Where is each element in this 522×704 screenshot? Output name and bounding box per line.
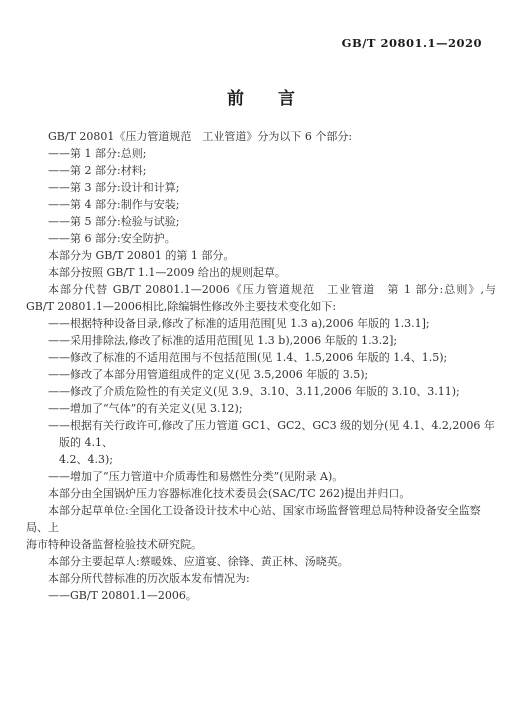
foreword-line: ——第 3 部分:设计和计算; [59,179,496,196]
foreword-line: GB/T 20801.1—2006相比,除编辑性修改外主要技术变化如下: [26,298,496,315]
document-page: GB/T 20801.1—2020 前 言 GB/T 20801《压力管道规范 … [0,0,522,704]
page-title: 前 言 [0,84,522,109]
foreword-line: ——第 2 部分:材料; [59,162,496,179]
foreword-line: 本部分按照 GB/T 1.1—2009 给出的规则起草。 [26,264,496,281]
foreword-line: 本部分代替 GB/T 20801.1—2006《压力管道规范 工业管道 第 1 … [26,281,496,298]
foreword-line: 本部分主要起草人:蔡暖姝、应道宴、徐锋、黄正林、汤晓英。 [26,553,496,570]
foreword-line: ——修改了本部分用管道组成件的定义(见 3.5,2006 年版的 3.5); [59,366,496,383]
foreword-line: 本部分由全国锅炉压力容器标准化技术委员会(SAC/TC 262)提出并归口。 [26,485,496,502]
foreword-body: GB/T 20801《压力管道规范 工业管道》分为以下 6 个部分:——第 1 … [26,128,496,604]
standard-number-header: GB/T 20801.1—2020 [0,36,482,50]
foreword-line: 本部分起草单位:全国化工设备设计技术中心站、国家市场监督管理总局特种设备安全监察… [26,502,496,536]
foreword-line: ——根据有关行政许可,修改了压力管道 GC1、GC2、GC3 级的划分(见 4.… [59,417,496,451]
foreword-line: 本部分所代替标准的历次版本发布情况为: [26,570,496,587]
foreword-line: ——第 4 部分:制作与安装; [59,196,496,213]
foreword-line: ——修改了标准的不适用范围与不包括范围(见 1.4、1.5,2006 年版的 1… [59,349,496,366]
foreword-line: 海市特种设备监督检验技术研究院。 [26,536,496,553]
foreword-line: GB/T 20801《压力管道规范 工业管道》分为以下 6 个部分: [26,128,496,145]
foreword-line: ——增加了“压力管道中介质毒性和易燃性分类”(见附录 A)。 [59,468,496,485]
foreword-line: 4.2、4.3); [26,451,496,468]
foreword-line: ——第 6 部分:安全防护。 [59,230,496,247]
foreword-line: ——增加了“气体”的有关定义(见 3.12); [59,400,496,417]
foreword-line: ——根据特种设备目录,修改了标准的适用范围[见 1.3 a),2006 年版的 … [59,315,496,332]
foreword-line: ——GB/T 20801.1—2006。 [59,587,496,604]
foreword-line: 本部分为 GB/T 20801 的第 1 部分。 [26,247,496,264]
foreword-line: ——第 5 部分:检验与试验; [59,213,496,230]
foreword-line: ——采用排除法,修改了标准的适用范围[见 1.3 b),2006 年版的 1.3… [59,332,496,349]
foreword-line: ——修改了介质危险性的有关定义(见 3.9、3.10、3.11,2006 年版的… [59,383,496,400]
foreword-line: ——第 1 部分:总则; [59,145,496,162]
